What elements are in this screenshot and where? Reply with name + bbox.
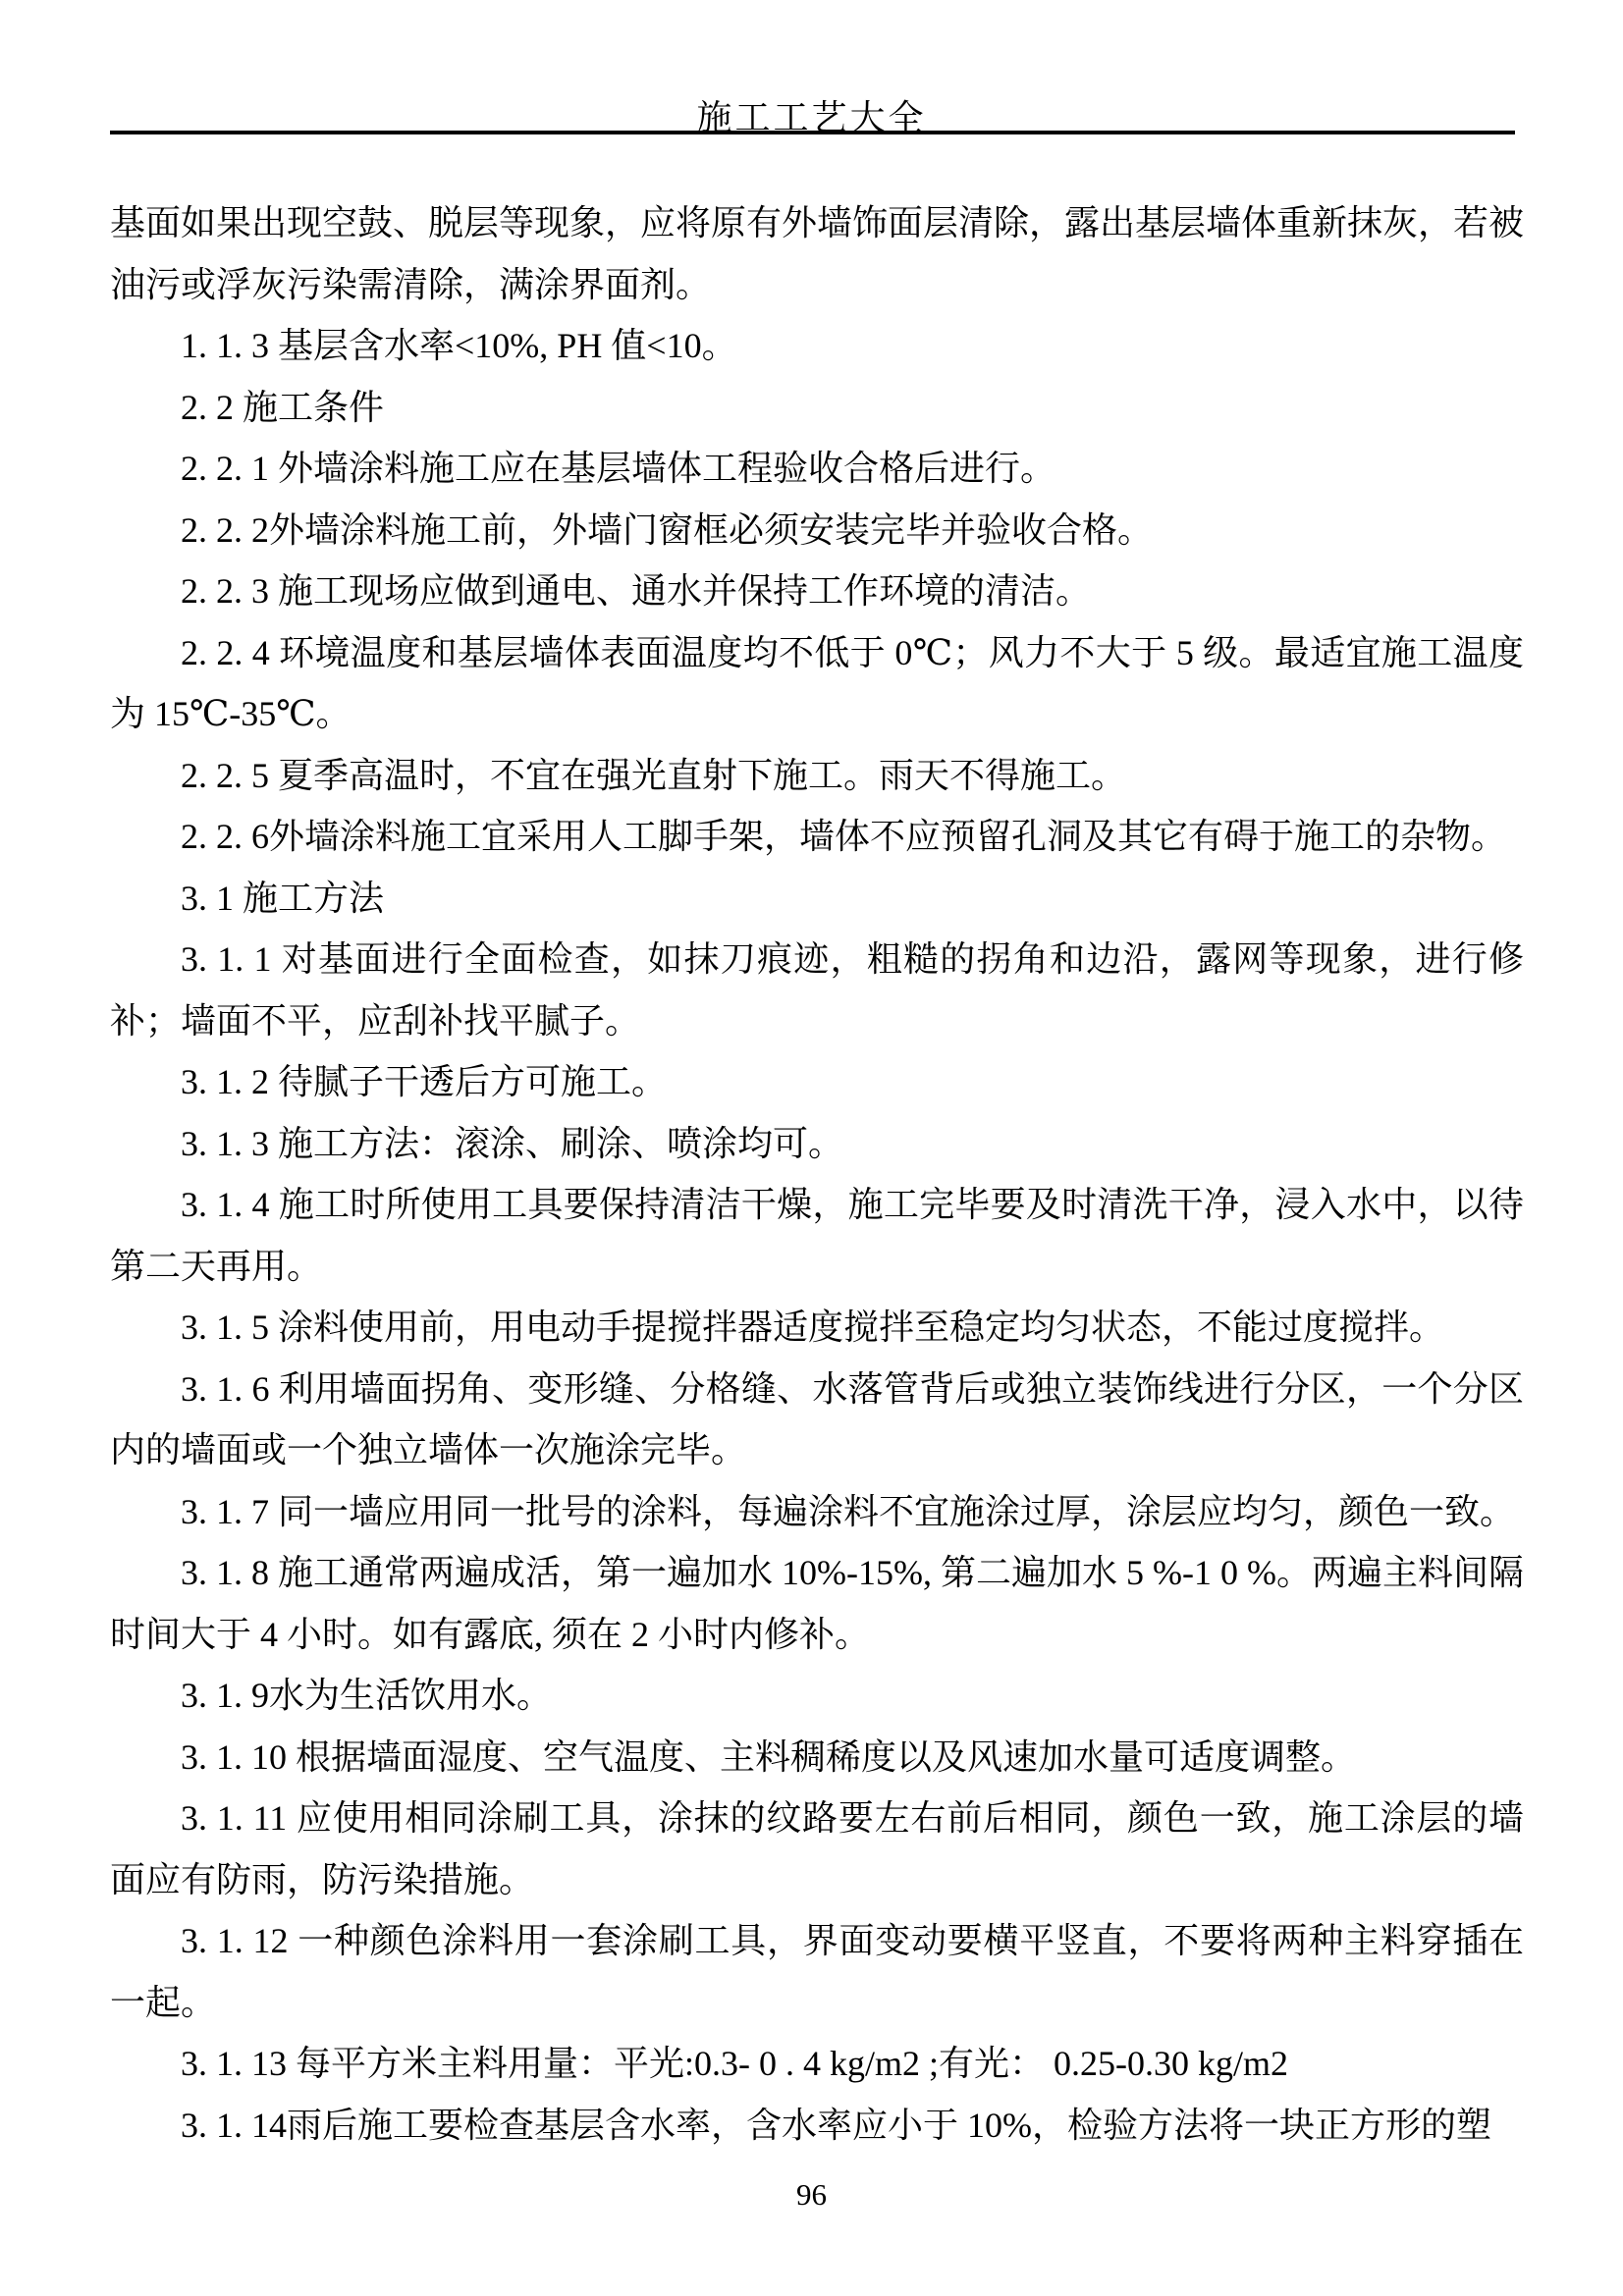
paragraph-3-1: 3. 1 施工方法 [110, 868, 1524, 930]
paragraph-2-2-3: 2. 2. 3 施工现场应做到通电、通水并保持工作环境的清洁。 [110, 561, 1524, 622]
paragraph-2-2-6: 2. 2. 6外墙涂料施工宜采用人工脚手架，墙体不应预留孔洞及其它有碍于施工的杂… [110, 806, 1524, 868]
paragraph-3-1-7: 3. 1. 7 同一墙应用同一批号的涂料，每遍涂料不宜施涂过厚，涂层应均匀，颜色… [110, 1481, 1524, 1543]
document-body: 基面如果出现空鼓、脱层等现象，应将原有外墙饰面层清除，露出基层墙体重新抹灰，若被… [110, 192, 1524, 2156]
paragraph-2-2: 2. 2 施工条件 [110, 377, 1524, 439]
paragraph-1-1-3: 1. 1. 3 基层含水率<10%, PH 值<10。 [110, 315, 1524, 377]
paragraph-3-1-12: 3. 1. 12 一种颜色涂料用一套涂刷工具，界面变动要横平竖直，不要将两种主料… [110, 1910, 1524, 2033]
paragraph-3-1-11: 3. 1. 11 应使用相同涂刷工具，涂抹的纹路要左右前后相同，颜色一致，施工涂… [110, 1788, 1524, 1910]
paragraph-2-2-4: 2. 2. 4 环境温度和基层墙体表面温度均不低于 0℃；风力不大于 5 级。最… [110, 622, 1524, 745]
page-footer: 96 [0, 2177, 1623, 2213]
paragraph-3-1-3: 3. 1. 3 施工方法：滚涂、刷涂、喷涂均可。 [110, 1113, 1524, 1175]
paragraph-3-1-6: 3. 1. 6 利用墙面拐角、变形缝、分格缝、水落管背后或独立装饰线进行分区，一… [110, 1359, 1524, 1481]
page-number: 96 [796, 2177, 827, 2212]
header-rule [110, 131, 1515, 134]
paragraph-3-1-2: 3. 1. 2 待腻子干透后方可施工。 [110, 1051, 1524, 1113]
paragraph-3-1-5: 3. 1. 5 涂料使用前，用电动手提搅拌器适度搅拌至稳定均匀状态，不能过度搅拌… [110, 1297, 1524, 1359]
paragraph-2-2-1: 2. 2. 1 外墙涂料施工应在基层墙体工程验收合格后进行。 [110, 438, 1524, 500]
paragraph-3-1-14: 3. 1. 14雨后施工要检查基层含水率，含水率应小于 10%，检验方法将一块正… [110, 2095, 1524, 2157]
paragraph-3-1-8: 3. 1. 8 施工通常两遍成活，第一遍加水 10%-15%, 第二遍加水 5 … [110, 1542, 1524, 1665]
paragraph-continuation: 基面如果出现空鼓、脱层等现象，应将原有外墙饰面层清除，露出基层墙体重新抹灰，若被… [110, 192, 1524, 315]
paragraph-3-1-10: 3. 1. 10 根据墙面湿度、空气温度、主料稠稀度以及风速加水量可适度调整。 [110, 1727, 1524, 1789]
paragraph-2-2-5: 2. 2. 5 夏季高温时，不宜在强光直射下施工。雨天不得施工。 [110, 745, 1524, 807]
document-page: 施工工艺大全 基面如果出现空鼓、脱层等现象，应将原有外墙饰面层清除，露出基层墙体… [0, 0, 1623, 2296]
paragraph-3-1-9: 3. 1. 9水为生活饮用水。 [110, 1665, 1524, 1727]
paragraph-3-1-13: 3. 1. 13 每平方米主料用量：平光:0.3- 0 . 4 kg/m2 ;有… [110, 2033, 1524, 2095]
paragraph-3-1-1: 3. 1. 1 对基面进行全面检查，如抹刀痕迹，粗糙的拐角和边沿，露网等现象，进… [110, 929, 1524, 1051]
paragraph-3-1-4: 3. 1. 4 施工时所使用工具要保持清洁干燥，施工完毕要及时清洗干净，浸入水中… [110, 1174, 1524, 1297]
paragraph-2-2-2: 2. 2. 2外墙涂料施工前，外墙门窗框必须安装完毕并验收合格。 [110, 500, 1524, 561]
